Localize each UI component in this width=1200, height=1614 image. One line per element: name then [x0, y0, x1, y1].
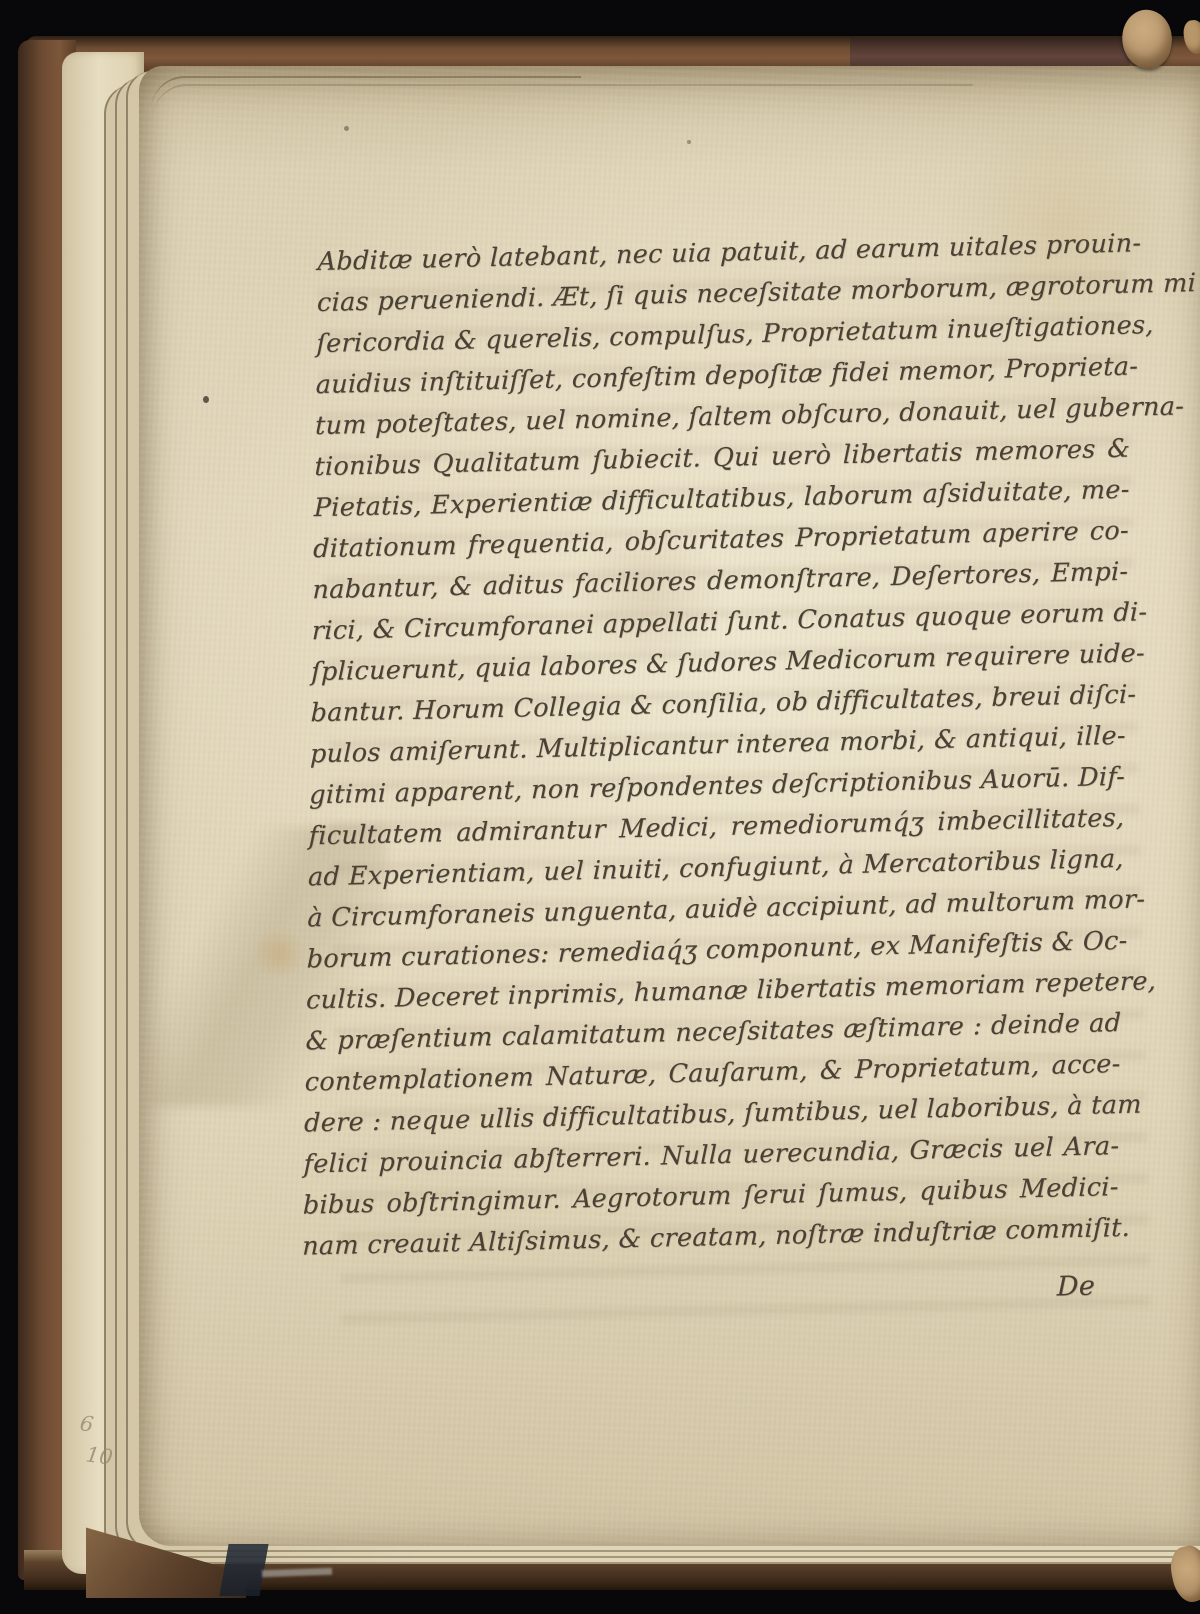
book-page: Abditæ uerò latebant, nec uia patuit, ad… [139, 66, 1200, 1546]
text-block: Abditæ uerò latebant, nec uia patuit, ad… [301, 223, 1134, 1324]
sheet-ridge-line [153, 84, 973, 126]
book-photo: Abditæ uerò latebant, nec uia patuit, ad… [0, 0, 1200, 1614]
paper-stain [251, 932, 307, 976]
ink-speck [344, 126, 349, 131]
pencil-marginalia: 10 [84, 1442, 114, 1469]
ink-speck [687, 140, 691, 144]
ink-speck [203, 396, 209, 403]
catchword: De [301, 1265, 1117, 1325]
sheet-ridge-line [151, 76, 581, 118]
